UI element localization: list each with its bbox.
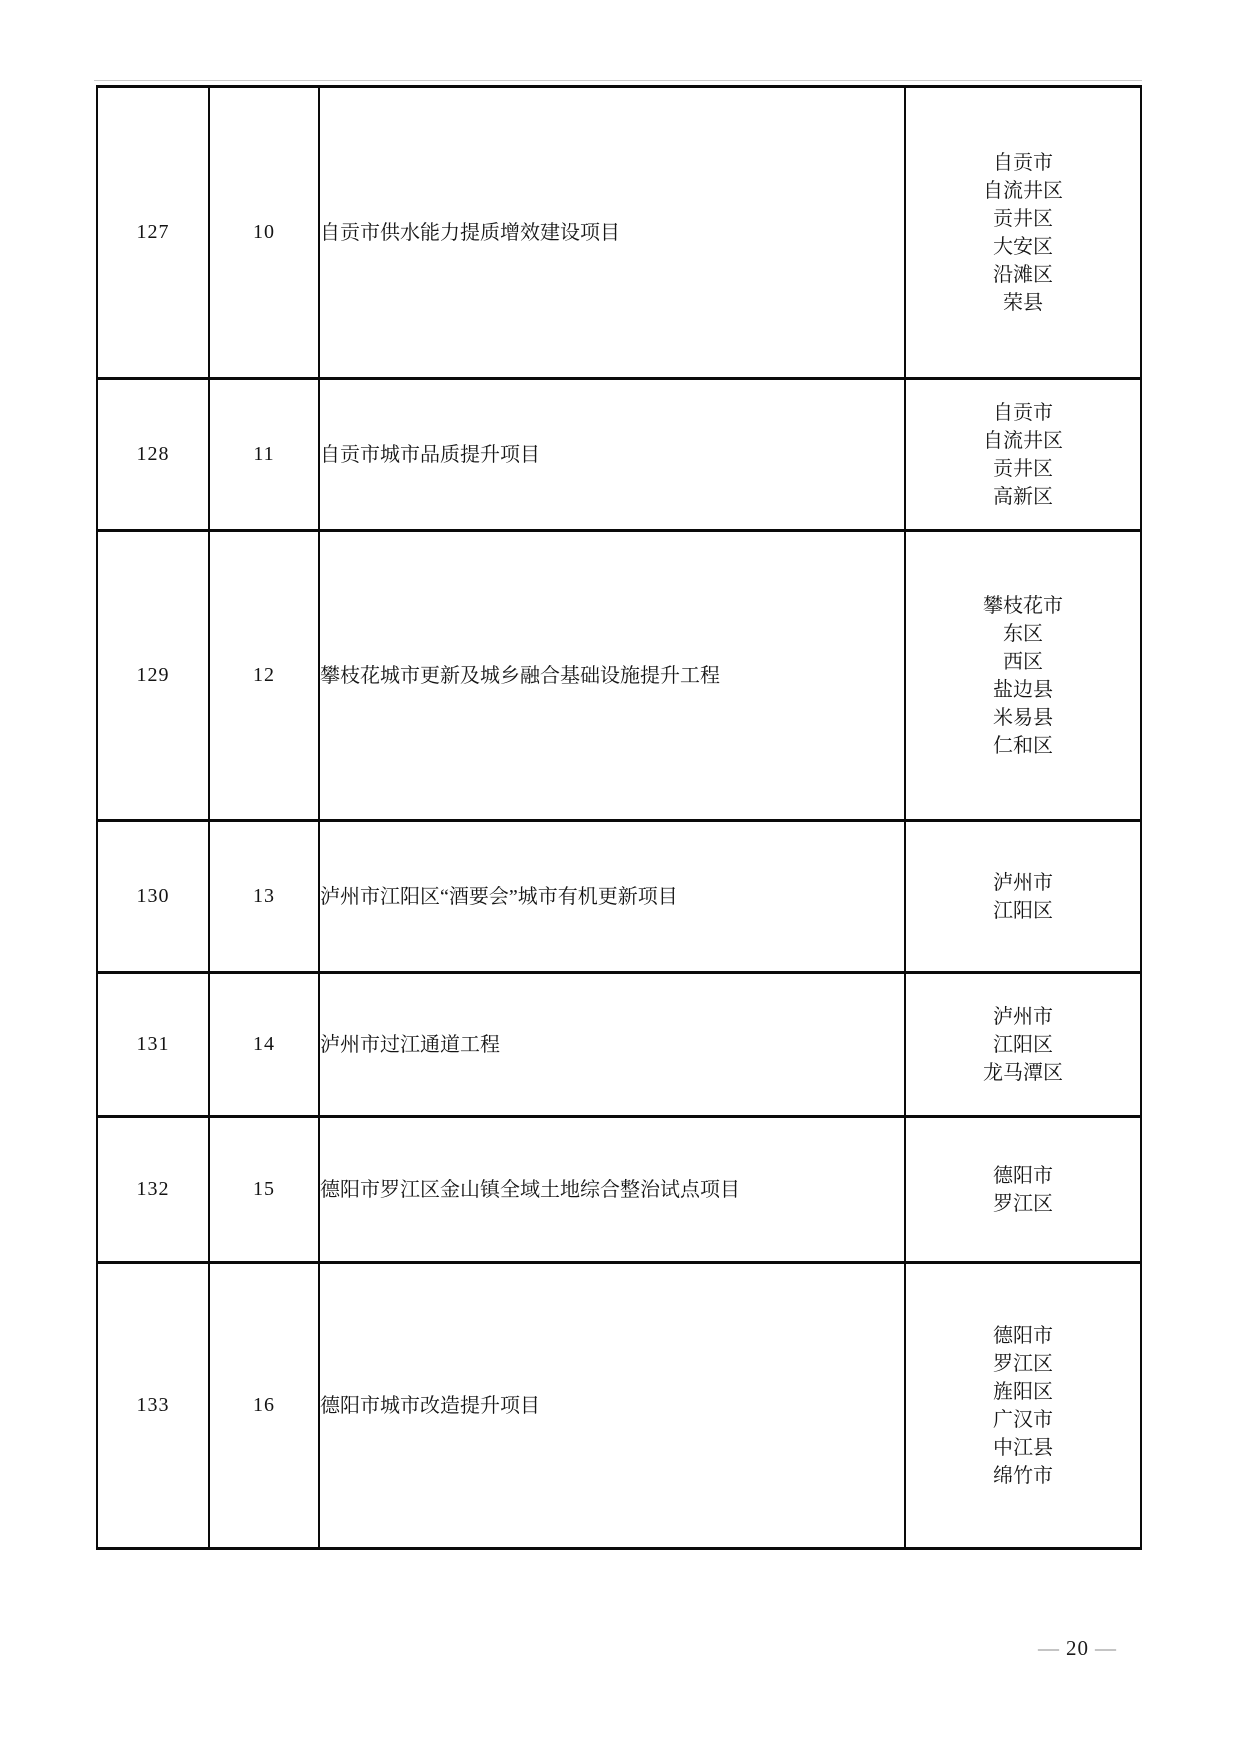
location-line: 贡井区 — [906, 455, 1140, 483]
cell-sub-number: 16 — [209, 1263, 319, 1549]
cell-serial-number: 133 — [97, 1263, 209, 1549]
cell-project-name: 德阳市罗江区金山镇全域土地综合整治试点项目 — [319, 1117, 905, 1263]
location-line: 泸州市 — [906, 1003, 1140, 1031]
location-line: 中江县 — [906, 1434, 1140, 1462]
location-line: 东区 — [906, 620, 1140, 648]
table-row: 130 13 泸州市江阳区“酒要会”城市有机更新项目 泸州市 江阳区 — [97, 821, 1141, 973]
cell-locations: 德阳市 罗江区 旌阳区 广汉市 中江县 绵竹市 — [905, 1263, 1141, 1549]
table-row: 132 15 德阳市罗江区金山镇全域土地综合整治试点项目 德阳市 罗江区 — [97, 1117, 1141, 1263]
location-line: 罗江区 — [906, 1190, 1140, 1218]
location-line: 德阳市 — [906, 1162, 1140, 1190]
location-line: 江阳区 — [906, 897, 1140, 925]
footer-page-number: 20 — [1066, 1636, 1089, 1660]
location-line: 贡井区 — [906, 205, 1140, 233]
location-line: 自贡市 — [906, 399, 1140, 427]
cell-serial-number: 132 — [97, 1117, 209, 1263]
location-line: 江阳区 — [906, 1031, 1140, 1059]
cell-project-name: 自贡市城市品质提升项目 — [319, 379, 905, 531]
table-row: 133 16 德阳市城市改造提升项目 德阳市 罗江区 旌阳区 广汉市 中江县 绵… — [97, 1263, 1141, 1549]
location-line: 高新区 — [906, 483, 1140, 511]
cell-serial-number: 129 — [97, 531, 209, 821]
cell-serial-number: 128 — [97, 379, 209, 531]
cell-locations: 泸州市 江阳区 — [905, 821, 1141, 973]
footer-dash-right: — — [1089, 1636, 1123, 1660]
location-line: 西区 — [906, 648, 1140, 676]
scan-artifact-line — [94, 80, 1142, 81]
cell-locations: 德阳市 罗江区 — [905, 1117, 1141, 1263]
cell-sub-number: 12 — [209, 531, 319, 821]
projects-table: 127 10 自贡市供水能力提质增效建设项目 自贡市 自流井区 贡井区 大安区 … — [96, 85, 1142, 1550]
location-line: 龙马潭区 — [906, 1059, 1140, 1087]
location-line: 泸州市 — [906, 869, 1140, 897]
cell-sub-number: 15 — [209, 1117, 319, 1263]
location-line: 德阳市 — [906, 1322, 1140, 1350]
page-number-footer: —20— — [1032, 1636, 1123, 1661]
location-line: 绵竹市 — [906, 1462, 1140, 1490]
table-row: 128 11 自贡市城市品质提升项目 自贡市 自流井区 贡井区 高新区 — [97, 379, 1141, 531]
cell-locations: 自贡市 自流井区 贡井区 大安区 沿滩区 荣县 — [905, 87, 1141, 379]
cell-sub-number: 13 — [209, 821, 319, 973]
document-page: 127 10 自贡市供水能力提质增效建设项目 自贡市 自流井区 贡井区 大安区 … — [0, 0, 1240, 1753]
cell-project-name: 自贡市供水能力提质增效建设项目 — [319, 87, 905, 379]
location-line: 攀枝花市 — [906, 592, 1140, 620]
cell-sub-number: 10 — [209, 87, 319, 379]
table-row: 129 12 攀枝花城市更新及城乡融合基础设施提升工程 攀枝花市 东区 西区 盐… — [97, 531, 1141, 821]
cell-locations: 自贡市 自流井区 贡井区 高新区 — [905, 379, 1141, 531]
table-row: 131 14 泸州市过江通道工程 泸州市 江阳区 龙马潭区 — [97, 973, 1141, 1117]
cell-project-name: 德阳市城市改造提升项目 — [319, 1263, 905, 1549]
cell-project-name: 攀枝花城市更新及城乡融合基础设施提升工程 — [319, 531, 905, 821]
location-line: 沿滩区 — [906, 261, 1140, 289]
location-line: 罗江区 — [906, 1350, 1140, 1378]
location-line: 旌阳区 — [906, 1378, 1140, 1406]
cell-project-name: 泸州市江阳区“酒要会”城市有机更新项目 — [319, 821, 905, 973]
cell-sub-number: 11 — [209, 379, 319, 531]
location-line: 荣县 — [906, 289, 1140, 317]
cell-locations: 泸州市 江阳区 龙马潭区 — [905, 973, 1141, 1117]
location-line: 广汉市 — [906, 1406, 1140, 1434]
cell-serial-number: 130 — [97, 821, 209, 973]
location-line: 盐边县 — [906, 676, 1140, 704]
location-line: 自贡市 — [906, 149, 1140, 177]
location-line: 自流井区 — [906, 427, 1140, 455]
cell-locations: 攀枝花市 东区 西区 盐边县 米易县 仁和区 — [905, 531, 1141, 821]
location-line: 仁和区 — [906, 732, 1140, 760]
cell-serial-number: 131 — [97, 973, 209, 1117]
cell-sub-number: 14 — [209, 973, 319, 1117]
footer-dash-left: — — [1032, 1636, 1066, 1660]
location-line: 自流井区 — [906, 177, 1140, 205]
location-line: 米易县 — [906, 704, 1140, 732]
location-line: 大安区 — [906, 233, 1140, 261]
cell-project-name: 泸州市过江通道工程 — [319, 973, 905, 1117]
cell-serial-number: 127 — [97, 87, 209, 379]
table-row: 127 10 自贡市供水能力提质增效建设项目 自贡市 自流井区 贡井区 大安区 … — [97, 87, 1141, 379]
